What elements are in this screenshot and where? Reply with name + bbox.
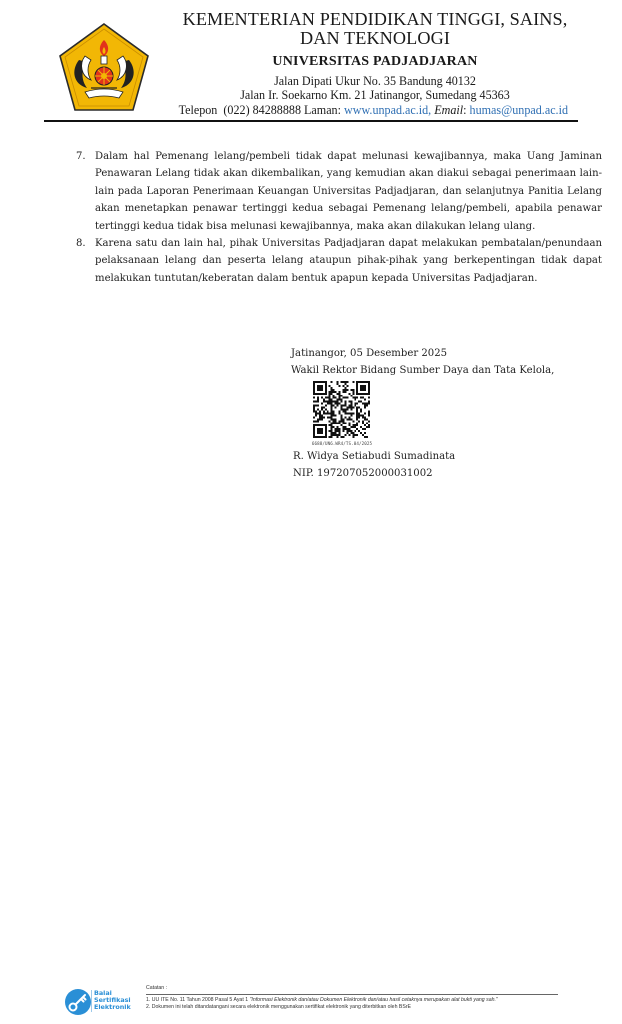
qr-caption: 6688/UN6.WR4/TS.04/2025 (304, 441, 380, 446)
notes-divider (146, 994, 558, 995)
bsre-key-icon (64, 988, 92, 1016)
bsre-divider (91, 990, 92, 1012)
terms-list: 7. Dalam hal Pemenang lelang/pembeli tid… (76, 148, 602, 287)
letterhead-divider (44, 120, 578, 122)
signer-block: R. Widya Setiabudi Sumadinata NIP. 19720… (293, 448, 455, 483)
list-item-number: 8. (76, 235, 86, 252)
signer-name: R. Widya Setiabudi Sumadinata (293, 448, 455, 465)
unpad-logo-icon (57, 22, 151, 116)
letterhead: KEMENTERIAN PENDIDIKAN TINGGI, SAINS, DA… (170, 10, 580, 117)
ministry-name-line2: DAN TEKNOLOGI (170, 29, 580, 48)
bsre-name-line: Elektronik (94, 1004, 131, 1011)
signature-block: Jatinangor, 05 Desember 2025 Wakil Rekto… (291, 345, 554, 380)
place-date: Jatinangor, 05 Desember 2025 (291, 345, 554, 362)
note-2: 2. Dokumen ini telah ditandatangani seca… (146, 1004, 558, 1011)
qr-code-icon[interactable] (313, 381, 370, 438)
list-item-number: 7. (76, 148, 86, 165)
phone-label: Telepon (179, 103, 218, 117)
note-1-prefix: 1. UU ITE No. 11 Tahun 2008 Pasal 5 Ayat… (146, 997, 250, 1003)
note-1-quote: "Informasi Elektronik dan/atau Dokumen E… (250, 997, 498, 1003)
phone-number: (022) 84288888 (223, 103, 301, 117)
signer-position: Wakil Rektor Bidang Sumber Daya dan Tata… (291, 362, 554, 379)
email-link[interactable]: humas@unpad.ac.id (470, 103, 568, 117)
website-label: Laman: (304, 103, 341, 117)
address-jatinangor: Jalan Ir. Soekarno Km. 21 Jatinangor, Su… (170, 88, 580, 102)
address-bandung: Jalan Dipati Ukur No. 35 Bandung 40132 (170, 74, 580, 88)
notes-title: Catatan : (146, 984, 558, 992)
list-item: 7. Dalam hal Pemenang lelang/pembeli tid… (76, 148, 602, 235)
note-1: 1. UU ITE No. 11 Tahun 2008 Pasal 5 Ayat… (146, 997, 558, 1004)
bsre-name: Balai Sertifikasi Elektronik (94, 990, 131, 1011)
footer-notes: Catatan : 1. UU ITE No. 11 Tahun 2008 Pa… (146, 984, 558, 1011)
website-link[interactable]: www.unpad.ac.id, (344, 103, 431, 117)
ministry-name-line1: KEMENTERIAN PENDIDIKAN TINGGI, SAINS, (170, 10, 580, 29)
list-item-text: Dalam hal Pemenang lelang/pembeli tidak … (95, 148, 602, 235)
list-item: 8. Karena satu dan lain hal, pihak Unive… (76, 235, 602, 287)
university-name: UNIVERSITAS PADJADJARAN (170, 54, 580, 70)
email-label: Email (434, 103, 463, 117)
list-item-text: Karena satu dan lain hal, pihak Universi… (95, 235, 602, 287)
signer-nip: NIP. 197207052000031002 (293, 465, 455, 482)
document-page: KEMENTERIAN PENDIDIKAN TINGGI, SAINS, DA… (0, 0, 622, 1024)
contact-line: Telepon (022) 84288888 Laman: www.unpad.… (170, 103, 568, 117)
